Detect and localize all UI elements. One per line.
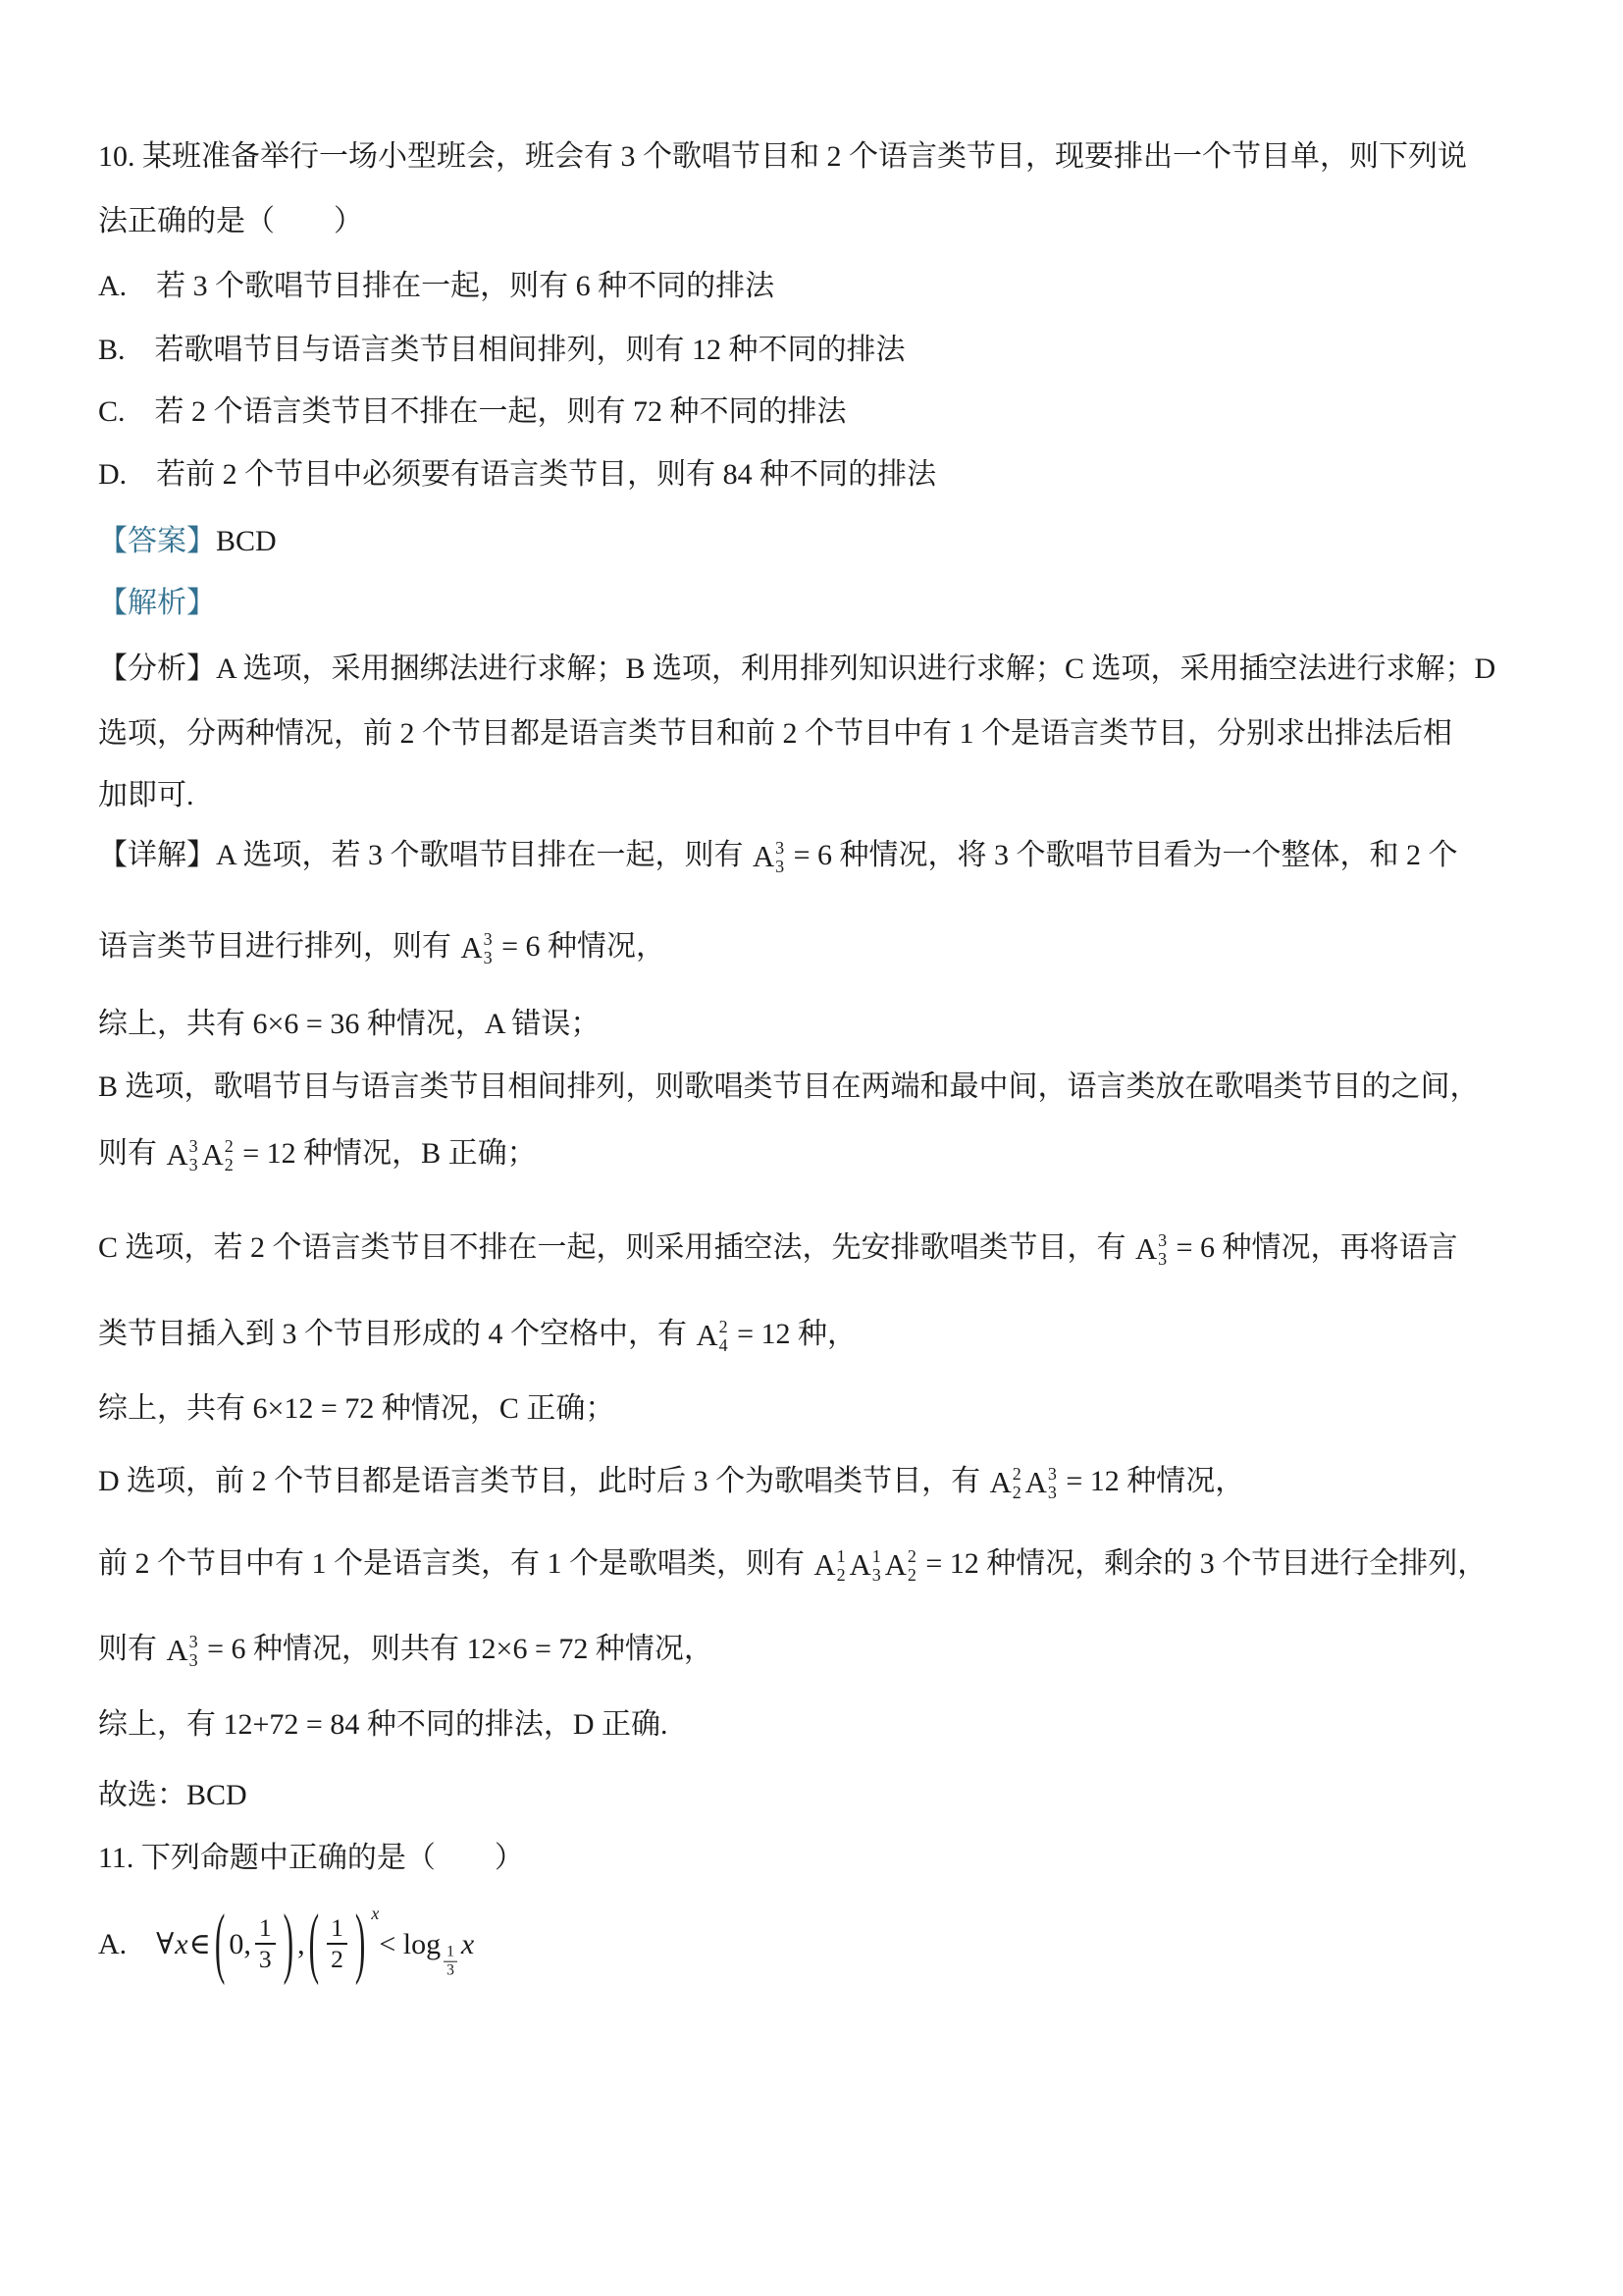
perm-superscript: 3 — [1158, 1231, 1167, 1250]
left-paren: ( — [309, 1893, 320, 1995]
perm-base: A — [461, 929, 483, 968]
section-label: 【答案】 — [98, 525, 216, 557]
text-run: = 12 种， — [730, 1318, 857, 1350]
fraction: 12 — [327, 1913, 347, 1974]
math-variable: x — [174, 1925, 188, 1963]
perm-scripts: 12 — [837, 1547, 846, 1585]
perm-base: A — [1135, 1230, 1157, 1270]
detail-line-9: D 选项，前 2 个节目都是语言类节目，此时后 3 个为歌唱类节目，有 A22A… — [98, 1462, 1244, 1503]
perm-base: A — [753, 838, 774, 877]
text-run: 选项，分两种情况，前 2 个节目都是语言类节目和前 2 个节目中有 1 个是语言… — [98, 717, 1452, 750]
permutation-symbol: A22 — [990, 1464, 1021, 1503]
question-11-line-1: 11. 下列命题中正确的是（ ） — [98, 1839, 524, 1877]
text-run: C 选项，若 2 个语言类节目不排在一起，则采用插空法，先安排歌唱类节目，有 — [98, 1231, 1133, 1264]
perm-subscript: 3 — [775, 858, 784, 876]
text-run: D 选项，前 2 个节目都是语言类节目，此时后 3 个为歌唱类节目，有 — [98, 1465, 988, 1497]
permutation-symbol: A12 — [814, 1546, 846, 1586]
perm-subscript: 3 — [189, 1156, 198, 1174]
permutation-symbol: A33 — [753, 838, 784, 877]
perm-superscript: 3 — [1048, 1465, 1057, 1484]
text-run: BCD — [216, 525, 277, 557]
detail-line-8: 综上，共有 6×12 = 72 种情况，C 正确； — [98, 1389, 614, 1428]
perm-scripts: 33 — [189, 1633, 198, 1670]
option-b: B. 若歌唱节目与语言类节目相间排列，则有 12 种不同的排法 — [98, 331, 906, 369]
text-run: = 6 种情况， — [495, 930, 665, 963]
permutation-symbol: A33 — [167, 1136, 198, 1175]
perm-superscript: 1 — [872, 1547, 881, 1566]
permutation-symbol: A33 — [1135, 1230, 1167, 1270]
perm-superscript: 3 — [189, 1633, 198, 1651]
text-run: 前 2 个节目中有 1 个是语言类，有 1 个是歌唱类，则有 — [98, 1547, 812, 1580]
left-paren: ( — [215, 1893, 226, 1995]
analysis-line-2: 选项，分两种情况，前 2 个节目都是语言类节目和前 2 个节目中有 1 个是语言… — [98, 714, 1452, 753]
perm-base: A — [885, 1546, 907, 1586]
detail-line-2: 语言类节目进行排列，则有 A33 = 6 种情况， — [98, 927, 665, 968]
text-run: 0, — [229, 1925, 251, 1963]
perm-scripts: 22 — [1013, 1465, 1021, 1502]
text-run: 则有 — [98, 1137, 165, 1170]
document-page: 10. 某班准备举行一场小型班会，班会有 3 个歌唱节目和 2 个语言类节目，现… — [0, 0, 1623, 2296]
text-run: ∀ — [156, 1925, 174, 1963]
option-c: C. 若 2 个语言类节目不排在一起，则有 72 种不同的排法 — [98, 392, 847, 431]
perm-superscript: 3 — [484, 930, 493, 949]
right-paren: ) — [284, 1893, 294, 1995]
permutation-symbol: A33 — [167, 1632, 198, 1671]
fraction: 13 — [255, 1913, 276, 1974]
perm-superscript: 2 — [719, 1318, 728, 1336]
text-run: = 12 种情况， — [1059, 1465, 1244, 1497]
section-label: 【解析】 — [98, 587, 216, 619]
analysis-header: 【解析】 — [98, 584, 216, 622]
perm-base: A — [167, 1632, 188, 1671]
perm-base: A — [697, 1317, 718, 1356]
perm-subscript: 2 — [1013, 1484, 1021, 1502]
permutation-symbol: A24 — [697, 1317, 728, 1356]
text-run: 综上，共有 6×12 = 72 种情况，C 正确； — [98, 1392, 614, 1425]
perm-subscript: 3 — [1048, 1484, 1057, 1502]
math-variable: x — [460, 1925, 475, 1963]
perm-scripts: 13 — [872, 1547, 881, 1585]
text-run: 【分析】A 选项，采用捆绑法进行求解；B 选项，利用排列知识进行求解；C 选项，… — [98, 652, 1495, 685]
text-run: 故选：BCD — [98, 1779, 247, 1811]
text-run: 11. 下列命题中正确的是（ ） — [98, 1842, 524, 1874]
perm-base: A — [1025, 1464, 1047, 1503]
perm-subscript: 4 — [719, 1336, 728, 1355]
perm-scripts: 33 — [484, 930, 493, 967]
answer-line: 【答案】BCD — [98, 522, 277, 560]
text-run: ∈ — [189, 1925, 211, 1963]
perm-subscript: 2 — [225, 1156, 234, 1174]
perm-scripts: 33 — [775, 839, 784, 876]
perm-base: A — [202, 1136, 224, 1175]
log-base-fraction: 13 — [444, 1943, 457, 1979]
perm-superscript: 1 — [837, 1547, 846, 1566]
perm-superscript: 3 — [189, 1137, 198, 1156]
perm-scripts: 33 — [189, 1137, 198, 1174]
option-a: A. 若 3 个歌唱节目排在一起，则有 6 种不同的排法 — [98, 267, 774, 305]
perm-subscript: 3 — [189, 1651, 198, 1670]
text-run: , — [297, 1925, 305, 1963]
detail-line-4: B 选项，歌唱节目与语言类节目相间排列，则歌唱类节目在两端和最中间，语言类放在歌… — [98, 1068, 1480, 1106]
text-run: 综上，共有 6×6 = 36 种情况，A 错误； — [98, 1008, 600, 1040]
perm-subscript: 3 — [872, 1566, 881, 1585]
detail-line-5: 则有 A33A22 = 12 种情况，B 正确； — [98, 1134, 537, 1175]
numerator: 1 — [255, 1913, 276, 1945]
perm-superscript: 2 — [1013, 1465, 1021, 1484]
text-run: 法正确的是（ ） — [98, 205, 363, 237]
perm-scripts: 33 — [1158, 1231, 1167, 1269]
text-run: = 12 种情况，剩余的 3 个节目进行全排列， — [918, 1547, 1487, 1580]
text-run: = 6 种情况，再将语言 — [1169, 1231, 1457, 1264]
permutation-symbol: A22 — [885, 1546, 916, 1586]
text-run: < log — [379, 1925, 441, 1963]
text-run: D. 若前 2 个节目中必须要有语言类节目，则有 84 种不同的排法 — [98, 458, 936, 491]
perm-superscript: 3 — [775, 839, 784, 858]
denominator: 2 — [327, 1945, 347, 1974]
text-run: 类节目插入到 3 个节目形成的 4 个空格中，有 — [98, 1318, 695, 1350]
perm-base: A — [990, 1464, 1012, 1503]
perm-subscript: 2 — [908, 1566, 916, 1585]
perm-scripts: 22 — [225, 1137, 234, 1174]
detail-line-6: C 选项，若 2 个语言类节目不排在一起，则采用插空法，先安排歌唱类节目，有 A… — [98, 1228, 1458, 1270]
detail-line-7: 类节目插入到 3 个节目形成的 4 个空格中，有 A24 = 12 种， — [98, 1315, 857, 1356]
perm-scripts: 24 — [719, 1318, 728, 1355]
detail-line-12: 综上，有 12+72 = 84 种不同的排法，D 正确. — [98, 1705, 668, 1744]
perm-base: A — [850, 1546, 871, 1586]
analysis-line-3: 加即可. — [98, 776, 194, 814]
denominator: 3 — [444, 1961, 457, 1979]
permutation-symbol: A13 — [850, 1546, 881, 1586]
detail-line-1: 【详解】A 选项，若 3 个歌唱节目排在一起，则有 A33 = 6 种情况，将 … — [98, 836, 1458, 877]
text-run: 综上，有 12+72 = 84 种不同的排法，D 正确. — [98, 1708, 668, 1741]
text-run: B 选项，歌唱节目与语言类节目相间排列，则歌唱类节目在两端和最中间，语言类放在歌… — [98, 1070, 1480, 1103]
text-run: A. — [98, 1925, 156, 1963]
text-run: = 6 种情况，则共有 12×6 = 72 种情况， — [200, 1633, 713, 1665]
permutation-symbol: A33 — [461, 929, 493, 968]
perm-scripts: 33 — [1048, 1465, 1057, 1502]
conclusion-line: 故选：BCD — [98, 1776, 247, 1814]
question-10-line-2: 法正确的是（ ） — [98, 202, 363, 240]
perm-base: A — [167, 1136, 188, 1175]
detail-line-10: 前 2 个节目中有 1 个是语言类，有 1 个是歌唱类，则有 A12A13A22… — [98, 1544, 1487, 1586]
text-run: = 12 种情况，B 正确； — [236, 1137, 537, 1170]
analysis-line-1: 【分析】A 选项，采用捆绑法进行求解；B 选项，利用排列知识进行求解；C 选项，… — [98, 650, 1495, 688]
numerator: 1 — [327, 1913, 347, 1945]
exponent: x — [371, 1903, 379, 1925]
text-run: A. 若 3 个歌唱节目排在一起，则有 6 种不同的排法 — [98, 270, 774, 302]
text-run: 语言类节目进行排列，则有 — [98, 930, 459, 963]
text-run: 则有 — [98, 1633, 165, 1665]
perm-subscript: 3 — [1158, 1250, 1167, 1269]
detail-line-3: 综上，共有 6×6 = 36 种情况，A 错误； — [98, 1005, 600, 1043]
text-run: C. 若 2 个语言类节目不排在一起，则有 72 种不同的排法 — [98, 395, 847, 428]
perm-superscript: 2 — [908, 1547, 916, 1566]
permutation-symbol: A33 — [1025, 1464, 1057, 1503]
right-paren: ) — [355, 1893, 366, 1995]
question-10-line-1: 10. 某班准备举行一场小型班会，班会有 3 个歌唱节目和 2 个语言类节目，现… — [98, 137, 1467, 176]
question-11-option-a: A. ∀x∈(0,13), (12)x < log13x — [98, 1913, 475, 1974]
perm-base: A — [814, 1546, 836, 1586]
text-run: 【详解】A 选项，若 3 个歌唱节目排在一起，则有 — [98, 839, 751, 871]
perm-subscript: 2 — [837, 1566, 846, 1585]
permutation-symbol: A22 — [202, 1136, 234, 1175]
text-run: 加即可. — [98, 779, 194, 811]
text-run: B. 若歌唱节目与语言类节目相间排列，则有 12 种不同的排法 — [98, 334, 906, 366]
option-d: D. 若前 2 个节目中必须要有语言类节目，则有 84 种不同的排法 — [98, 455, 936, 494]
perm-scripts: 22 — [908, 1547, 916, 1585]
perm-subscript: 3 — [484, 949, 493, 967]
numerator: 1 — [444, 1943, 457, 1961]
detail-line-11: 则有 A33 = 6 种情况，则共有 12×6 = 72 种情况， — [98, 1630, 713, 1671]
perm-superscript: 2 — [225, 1137, 234, 1156]
denominator: 3 — [255, 1945, 276, 1974]
text-run: 10. 某班准备举行一场小型班会，班会有 3 个歌唱节目和 2 个语言类节目，现… — [98, 140, 1467, 173]
text-run: = 6 种情况，将 3 个歌唱节目看为一个整体，和 2 个 — [786, 839, 1457, 871]
